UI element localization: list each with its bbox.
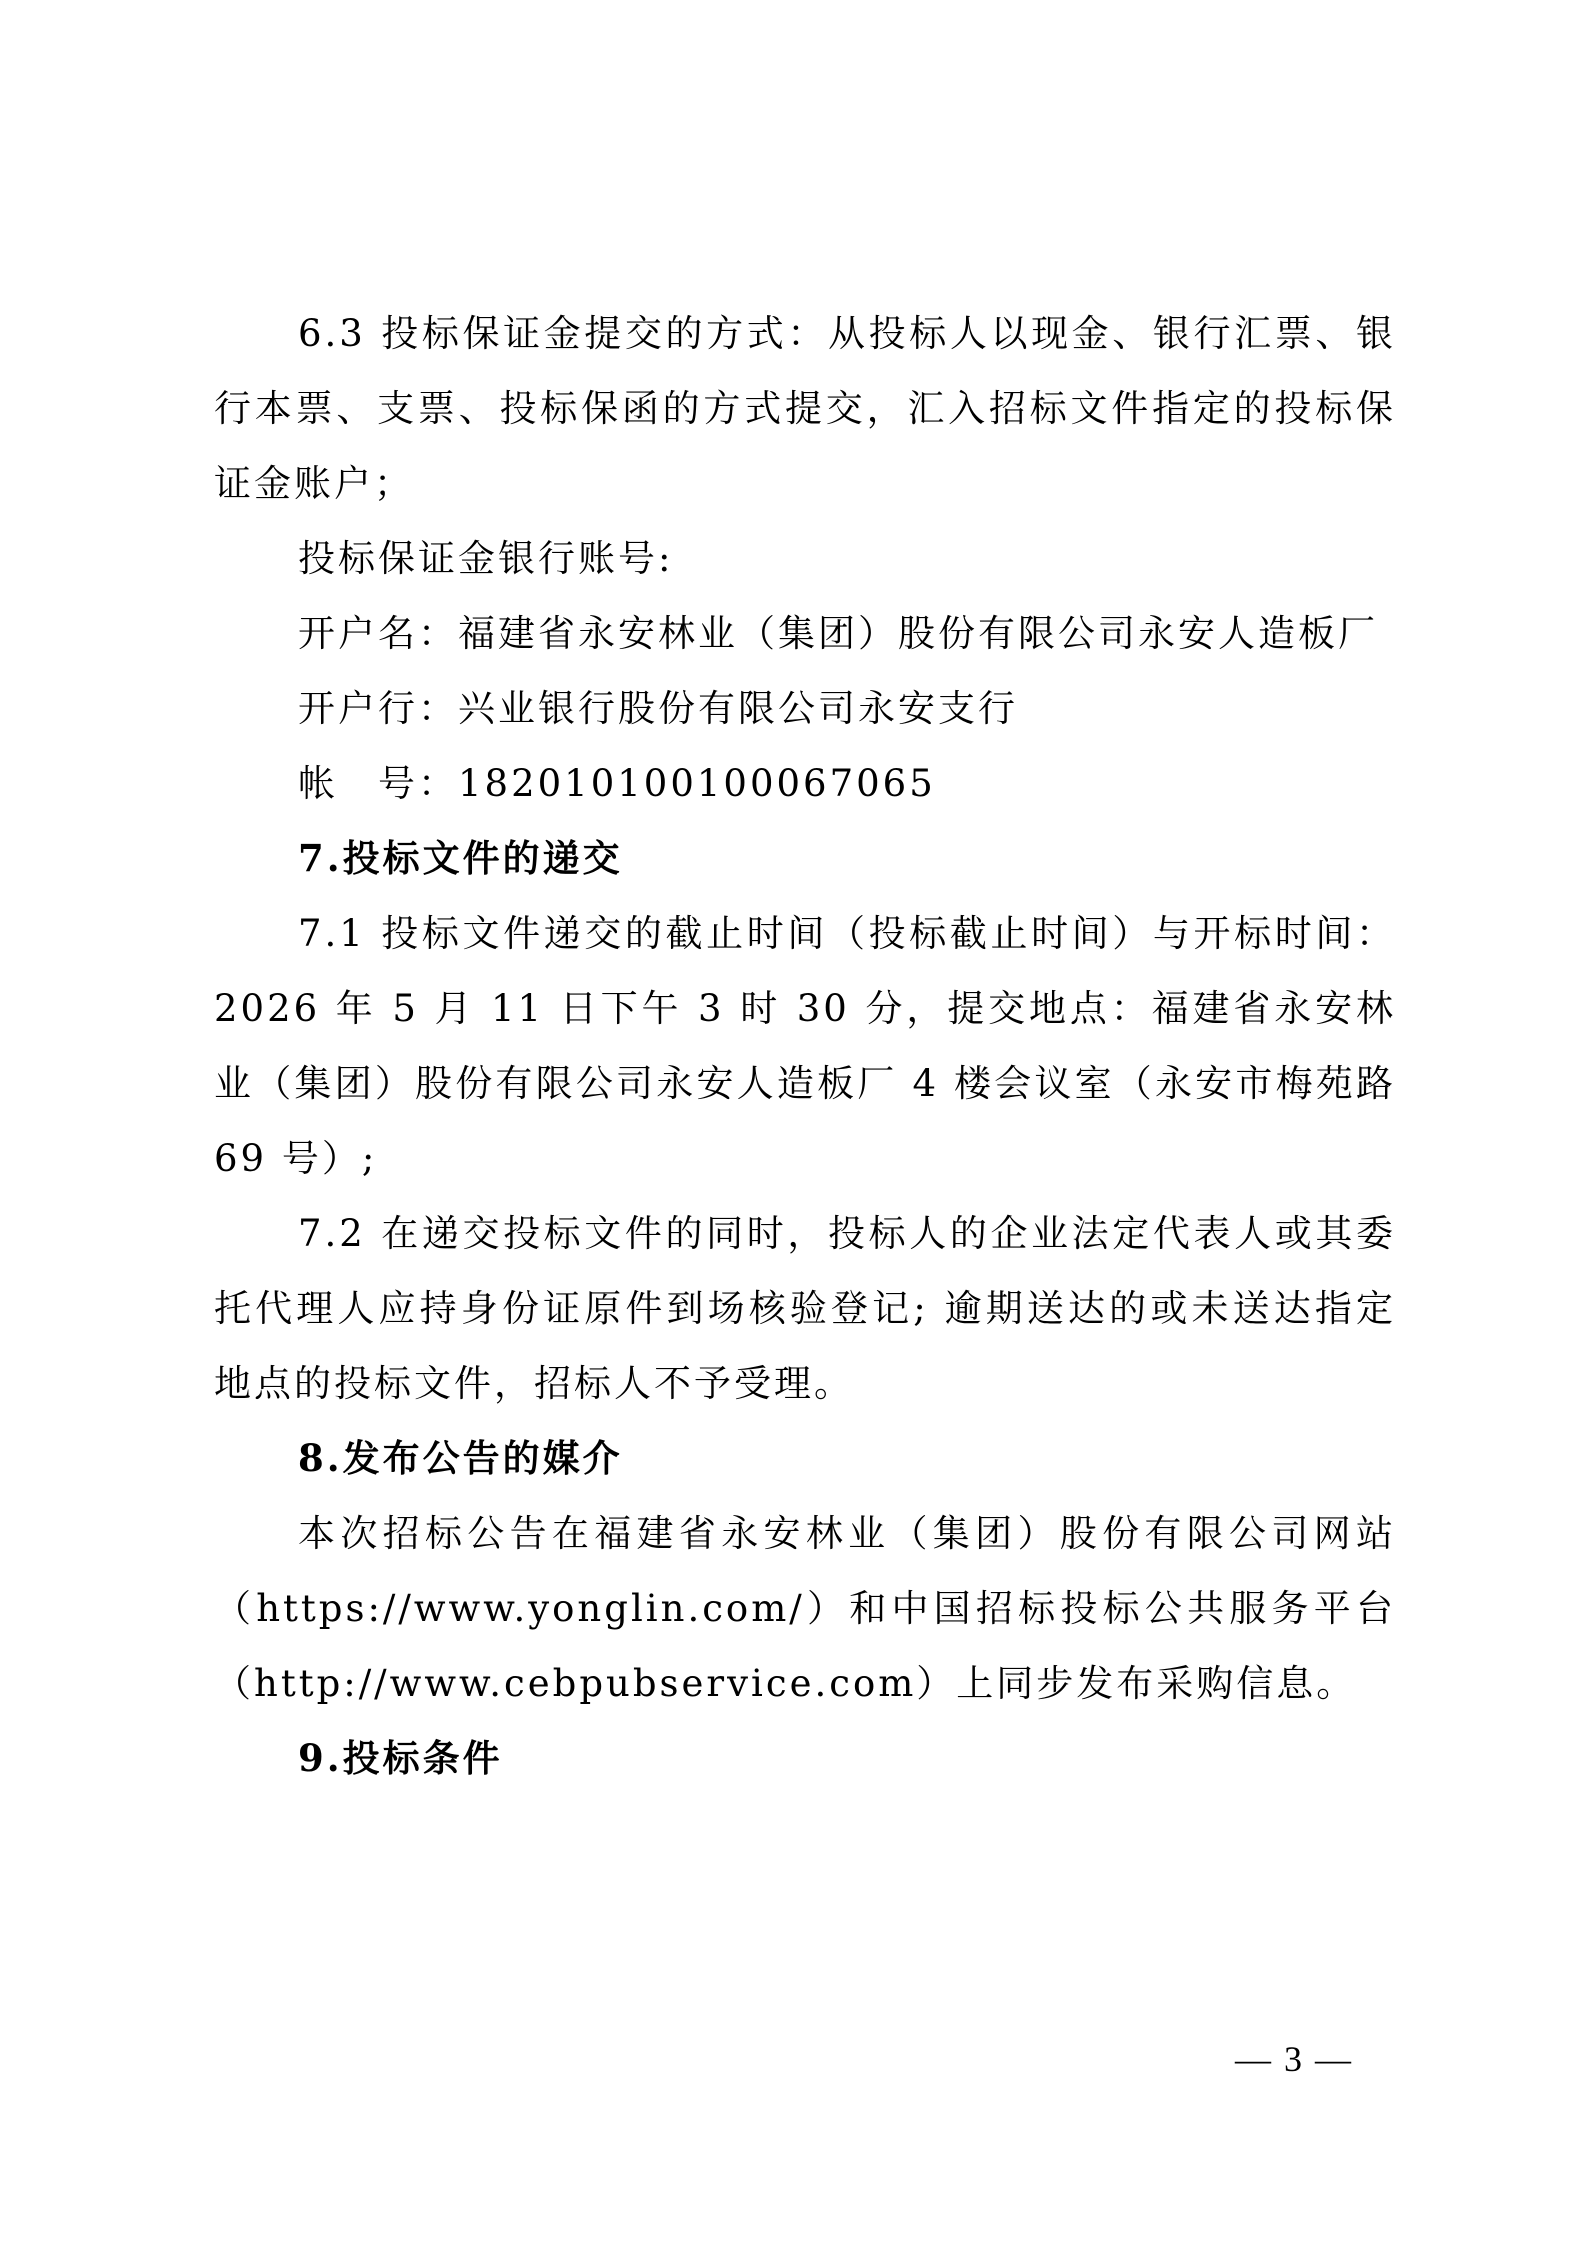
section-7-heading: 7.投标文件的递交 <box>214 821 1396 896</box>
account-number-value: 182010100100067065 <box>458 762 936 805</box>
document-page: 6.3 投标保证金提交的方式：从投标人以现金、银行汇票、银行本票、支票、投标保函… <box>214 296 1396 1796</box>
account-number-label: 帐 号： <box>298 762 458 805</box>
section-9-heading: 9.投标条件 <box>214 1721 1396 1796</box>
account-number-line: 帐 号：182010100100067065 <box>214 746 1396 821</box>
paragraph-6-3-deposit-method: 6.3 投标保证金提交的方式：从投标人以现金、银行汇票、银行本票、支票、投标保函… <box>214 296 1396 521</box>
bank-account-title: 投标保证金银行账号: <box>214 521 1396 596</box>
section-8-heading: 8.发布公告的媒介 <box>214 1421 1396 1496</box>
paragraph-7-1-deadline: 7.1 投标文件递交的截止时间（投标截止时间）与开标时间：2026 年 5 月 … <box>214 896 1396 1196</box>
paragraph-8-publication-media: 本次招标公告在福建省永安林业（集团）股份有限公司网站（https://www.y… <box>214 1496 1396 1721</box>
page-number: — 3 — <box>1235 2038 1353 2080</box>
paragraph-7-2-verification: 7.2 在递交投标文件的同时，投标人的企业法定代表人或其委托代理人应持身份证原件… <box>214 1196 1396 1421</box>
account-name-line: 开户名：福建省永安林业（集团）股份有限公司永安人造板厂 <box>214 596 1396 671</box>
bank-name-line: 开户行：兴业银行股份有限公司永安支行 <box>214 671 1396 746</box>
